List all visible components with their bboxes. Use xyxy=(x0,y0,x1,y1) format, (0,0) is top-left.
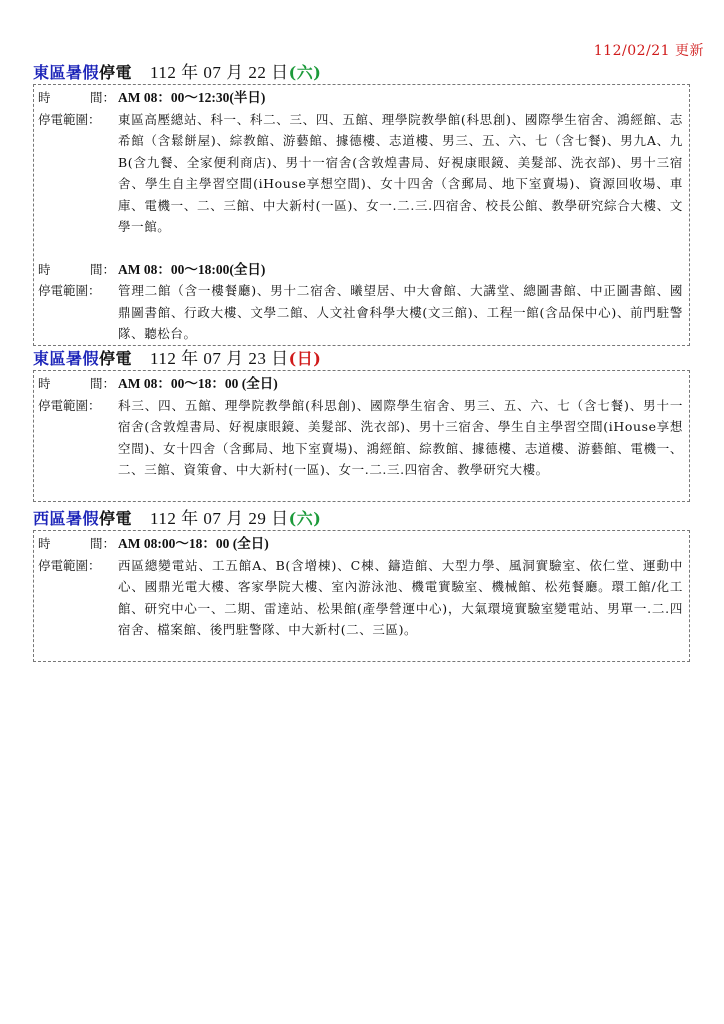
scope-label: 停電範圍： xyxy=(38,109,118,131)
outage-label: 停電 xyxy=(99,349,132,368)
region-label: 東區暑假 xyxy=(33,63,99,82)
outage-details-box: 時間： AM 08:00～18：00 (全日) 停電範圍： 西區總變電站、工五館… xyxy=(33,530,690,662)
scope-text: 西區總變電站、工五館A、B(含增棟)、C棟、鑄造館、大型力學、風洞實驗室、依仁堂… xyxy=(118,555,683,641)
outage-label: 停電 xyxy=(99,63,132,82)
weekday: (日) xyxy=(289,349,322,368)
scope-row: 停電範圍： 西區總變電站、工五館A、B(含增棟)、C棟、鑄造館、大型力學、風洞實… xyxy=(38,555,683,641)
weekday: (六) xyxy=(289,63,322,82)
outage-section-west-0729: 西區暑假停電112 年 07 月 29 日(六) 時間： AM 08:00～18… xyxy=(33,508,690,662)
time-label: 時間： xyxy=(38,87,118,109)
scope-row: 停電範圍： 科三、四、五館、理學院教學館(科思創)、國際學生宿舍、男三、五、六、… xyxy=(38,395,683,481)
scope-label: 停電範圍： xyxy=(38,280,118,302)
region-label: 東區暑假 xyxy=(33,349,99,368)
outage-section-east-0723: 東區暑假停電112 年 07 月 23 日(日) 時間： AM 08：00～18… xyxy=(33,348,690,502)
scope-text: 科三、四、五館、理學院教學館(科思創)、國際學生宿舍、男三、五、六、七（含七餐)… xyxy=(118,395,683,481)
scope-text: 東區高壓總站、科一、科二、三、四、五館、理學院教學館(科思創)、國際學生宿舍、鴻… xyxy=(118,109,683,238)
time-label: 時間： xyxy=(38,533,118,555)
update-date: 112/02/21 更新 xyxy=(594,40,704,60)
scope-label: 停電範圍： xyxy=(38,395,118,417)
section-title: 東區暑假停電112 年 07 月 23 日(日) xyxy=(33,348,690,370)
scope-row: 停電範圍： 管理二館（含一樓餐廳)、男十二宿舍、曦望居、中大會館、大講堂、總圖書… xyxy=(38,280,683,345)
outage-section-east-0722: 東區暑假停電112 年 07 月 22 日(六) 時間： AM 08：00～12… xyxy=(33,62,690,346)
scope-label: 停電範圍： xyxy=(38,555,118,577)
outage-details-box: 時間： AM 08：00～12:30(半日) 停電範圍： 東區高壓總站、科一、科… xyxy=(33,84,690,346)
weekday: (六) xyxy=(289,509,322,528)
time-row: 時間： AM 08:00～18：00 (全日) xyxy=(38,533,683,555)
section-title: 西區暑假停電112 年 07 月 29 日(六) xyxy=(33,508,690,530)
outage-details-box: 時間： AM 08：00～18：00 (全日) 停電範圍： 科三、四、五館、理學… xyxy=(33,370,690,502)
time-value: AM 08：00～18：00 (全日) xyxy=(118,373,278,395)
outage-label: 停電 xyxy=(99,509,132,528)
outage-date: 112 年 07 月 22 日 xyxy=(150,63,289,82)
time-label: 時間： xyxy=(38,259,118,281)
section-title: 東區暑假停電112 年 07 月 22 日(六) xyxy=(33,62,690,84)
time-value: AM 08:00～18：00 (全日) xyxy=(118,533,269,555)
time-value: AM 08：00～18:00(全日) xyxy=(118,259,265,281)
time-row: 時間： AM 08：00～18:00(全日) xyxy=(38,259,683,281)
time-row: 時間： AM 08：00～12:30(半日) xyxy=(38,87,683,109)
time-label: 時間： xyxy=(38,373,118,395)
region-label: 西區暑假 xyxy=(33,509,99,528)
outage-date: 112 年 07 月 23 日 xyxy=(150,349,289,368)
scope-text: 管理二館（含一樓餐廳)、男十二宿舍、曦望居、中大會館、大講堂、總圖書館、中正圖書… xyxy=(118,280,683,345)
outage-date: 112 年 07 月 29 日 xyxy=(150,509,289,528)
scope-row: 停電範圍： 東區高壓總站、科一、科二、三、四、五館、理學院教學館(科思創)、國際… xyxy=(38,109,683,238)
time-row: 時間： AM 08：00～18：00 (全日) xyxy=(38,373,683,395)
time-value: AM 08：00～12:30(半日) xyxy=(118,87,265,109)
